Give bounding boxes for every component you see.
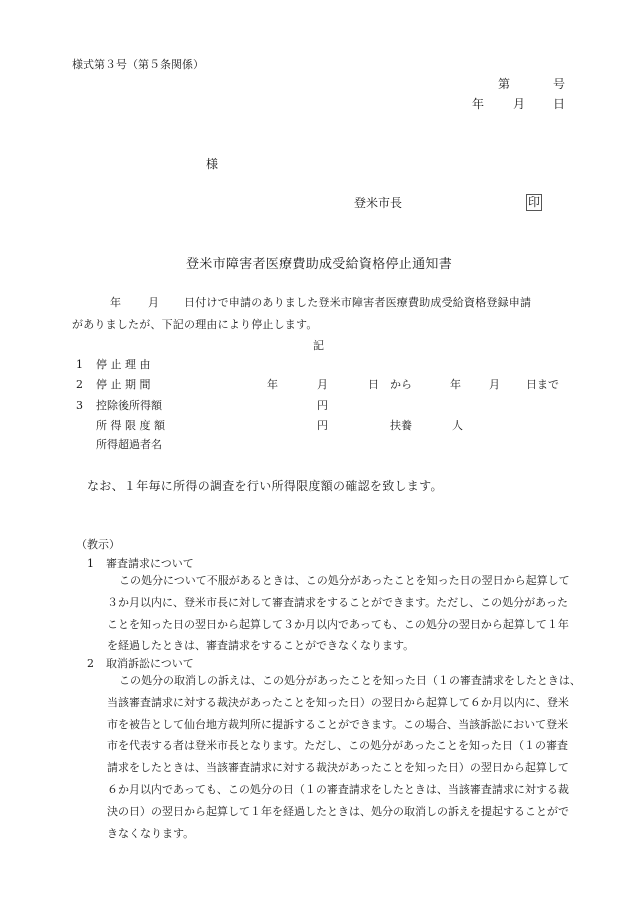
date-year: 年 bbox=[472, 97, 484, 111]
section1-line: この処分について不服があるときは、この処分があったことを知った日の翌日から起算し… bbox=[107, 570, 570, 592]
item3-yen: 円 bbox=[317, 399, 328, 412]
body-line2: がありましたが、下記の理由により停止します。 bbox=[72, 318, 318, 331]
item2-label: 停 止 期 間 bbox=[96, 378, 151, 391]
section1-body: この処分について不服があるときは、この処分があったことを知った日の翌日から起算し… bbox=[107, 570, 570, 657]
item3b-label: 所 得 限 度 額 bbox=[96, 419, 165, 432]
section2-line: 請求をしたときは、当該審査請求に対する裁決があったことを知った日）の翌日から起算… bbox=[107, 757, 581, 779]
section2-line: きなくなります。 bbox=[107, 823, 581, 845]
item3b-yen: 円 bbox=[317, 419, 328, 432]
item2-kara: から bbox=[390, 378, 412, 391]
item3-num: 3 bbox=[76, 399, 83, 412]
item3b-fuyo: 扶養 bbox=[390, 419, 412, 432]
form-label: 様式第３号（第５条関係） bbox=[72, 58, 204, 71]
instruction-heading: （教示） bbox=[76, 538, 120, 551]
date-month: 月 bbox=[513, 97, 525, 111]
section1-line: を経過したときは、審査請求をすることができなくなります。 bbox=[107, 635, 570, 657]
item1-label: 停 止 理 由 bbox=[96, 358, 151, 371]
body-month: 月 bbox=[148, 296, 159, 309]
item2-to-day: 日まで bbox=[526, 378, 559, 391]
addressee-honorific: 様 bbox=[206, 157, 218, 171]
section2-line: 当該審査請求に対する裁決があったことを知った日）の翌日から起算して６か月以内に、… bbox=[107, 692, 581, 714]
section2-line: この処分の取消しの訴えは、この処分があったことを知った日（１の審査請求をしたとき… bbox=[107, 670, 581, 692]
section1-num: 1 bbox=[87, 557, 94, 570]
item3b-nin: 人 bbox=[452, 419, 463, 432]
item1-num: 1 bbox=[76, 358, 83, 371]
sender-name: 登米市長 bbox=[354, 196, 402, 210]
item2-to-year: 年 bbox=[450, 378, 461, 391]
number-prefix: 第 bbox=[498, 77, 510, 91]
seal-box: 印 bbox=[526, 194, 542, 211]
section2-body: この処分の取消しの訴えは、この処分があったことを知った日（１の審査請求をしたとき… bbox=[107, 670, 581, 844]
body-year: 年 bbox=[110, 296, 121, 309]
section1-line: ３か月以内に、登米市長に対して審査請求をすることができます。ただし、この処分があ… bbox=[107, 592, 570, 614]
note: なお、１年毎に所得の調査を行い所得限度額の確認を致します。 bbox=[87, 479, 443, 493]
item3c-label: 所得超過者名 bbox=[96, 438, 162, 451]
number-suffix: 号 bbox=[553, 77, 565, 91]
date-day: 日 bbox=[553, 97, 565, 111]
section1-title: 審査請求について bbox=[106, 557, 194, 570]
item2-num: 2 bbox=[76, 378, 83, 391]
ki-label: 記 bbox=[313, 339, 324, 352]
section2-num: 2 bbox=[87, 657, 94, 670]
document-title: 登米市障害者医療費助成受給資格停止通知書 bbox=[186, 257, 452, 272]
section2-line: 市を代表する者は登米市長となります。ただし、この処分があったことを知った日（１の… bbox=[107, 735, 581, 757]
body-line1: 日付けで申請のありました登米市障害者医療費助成受給資格登録申請 bbox=[184, 296, 531, 309]
item2-to-month: 月 bbox=[489, 378, 500, 391]
section1-line: ことを知った日の翌日から起算して３か月以内であっても、この処分の翌日から起算して… bbox=[107, 614, 570, 636]
section2-line: 決の日）の翌日から起算して１年を経過したときは、処分の取消しの訴えを提起すること… bbox=[107, 801, 581, 823]
item2-from-day: 日 bbox=[368, 378, 379, 391]
item3-label: 控除後所得額 bbox=[96, 399, 162, 412]
section2-title: 取消訴訟について bbox=[106, 657, 194, 670]
section2-line: ６か月以内であっても、この処分の日（１の審査請求をしたときは、当該審査請求に対す… bbox=[107, 779, 581, 801]
item2-from-year: 年 bbox=[267, 378, 278, 391]
item2-from-month: 月 bbox=[317, 378, 328, 391]
section2-line: 市を被告として仙台地方裁判所に提訴することができます。この場合、当該訴訟において… bbox=[107, 714, 581, 736]
